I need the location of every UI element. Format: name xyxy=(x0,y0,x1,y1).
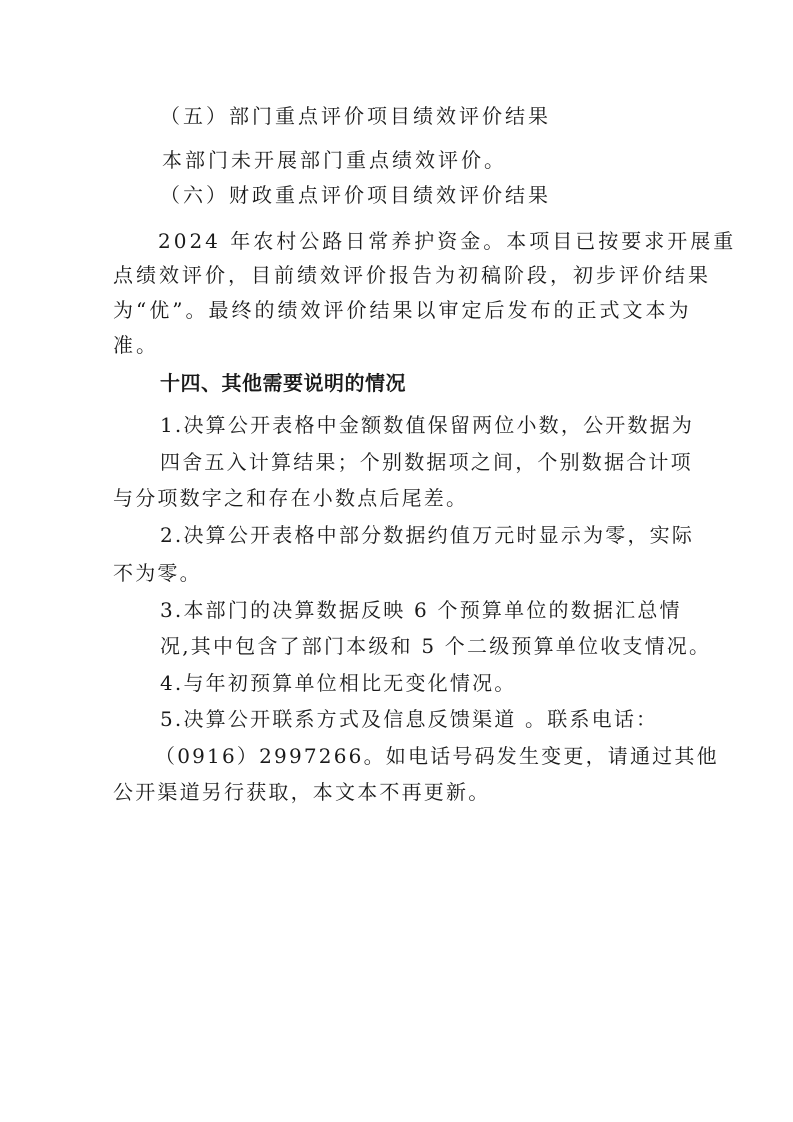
item-1-line: 与分项数字之和存在小数点后尾差。 xyxy=(113,486,468,510)
item-5-line: 5.决算公开联系方式及信息反馈渠道 。联系电话： xyxy=(160,707,658,731)
section-5-body-line: 本部门未开展部门重点绩效评价。 xyxy=(162,148,507,172)
section-6-body-line: 点绩效评价，目前绩效评价报告为初稿阶段，初步评价结果 xyxy=(113,263,711,287)
item-3-line: 3.本部门的决算数据反映 6 个预算单位的数据汇总情 xyxy=(160,598,682,622)
section-heading-14: 十四、其他需要说明的情况 xyxy=(160,371,406,395)
document-page: （五）部门重点评价项目绩效评价结果 本部门未开展部门重点绩效评价。 （六）财政重… xyxy=(0,0,793,1122)
section-heading-5: （五）部门重点评价项目绩效评价结果 xyxy=(160,104,551,128)
item-4-line: 4.与年初预算单位相比无变化情况。 xyxy=(160,671,516,695)
item-5-line: 公开渠道另行获取，本文本不再更新。 xyxy=(113,780,490,804)
item-2-line: 2.决算公开表格中部分数据约值万元时显示为零，实际 xyxy=(160,523,694,547)
section-6-body-line: 为“优”。最终的绩效评价结果以审定后发布的正式文本为 xyxy=(113,298,691,322)
section-heading-6: （六）财政重点评价项目绩效评价结果 xyxy=(160,183,551,207)
item-5-line: （0916）2997266。如电话号码发生变更，请通过其他 xyxy=(155,744,719,768)
item-1-line: 四舍五入计算结果；个别数据项之间，个别数据合计项 xyxy=(160,450,693,474)
item-2-line: 不为零。 xyxy=(113,561,202,585)
item-3-line: 况,其中包含了部门本级和 5 个二级预算单位收支情况。 xyxy=(160,634,711,658)
section-6-body-line: 准。 xyxy=(113,333,159,357)
item-1-line: 1.决算公开表格中金额数值保留两位小数，公开数据为 xyxy=(160,413,694,437)
section-6-body-line: 2024 年农村公路日常养护资金。本项目已按要求开展重 xyxy=(158,229,736,253)
